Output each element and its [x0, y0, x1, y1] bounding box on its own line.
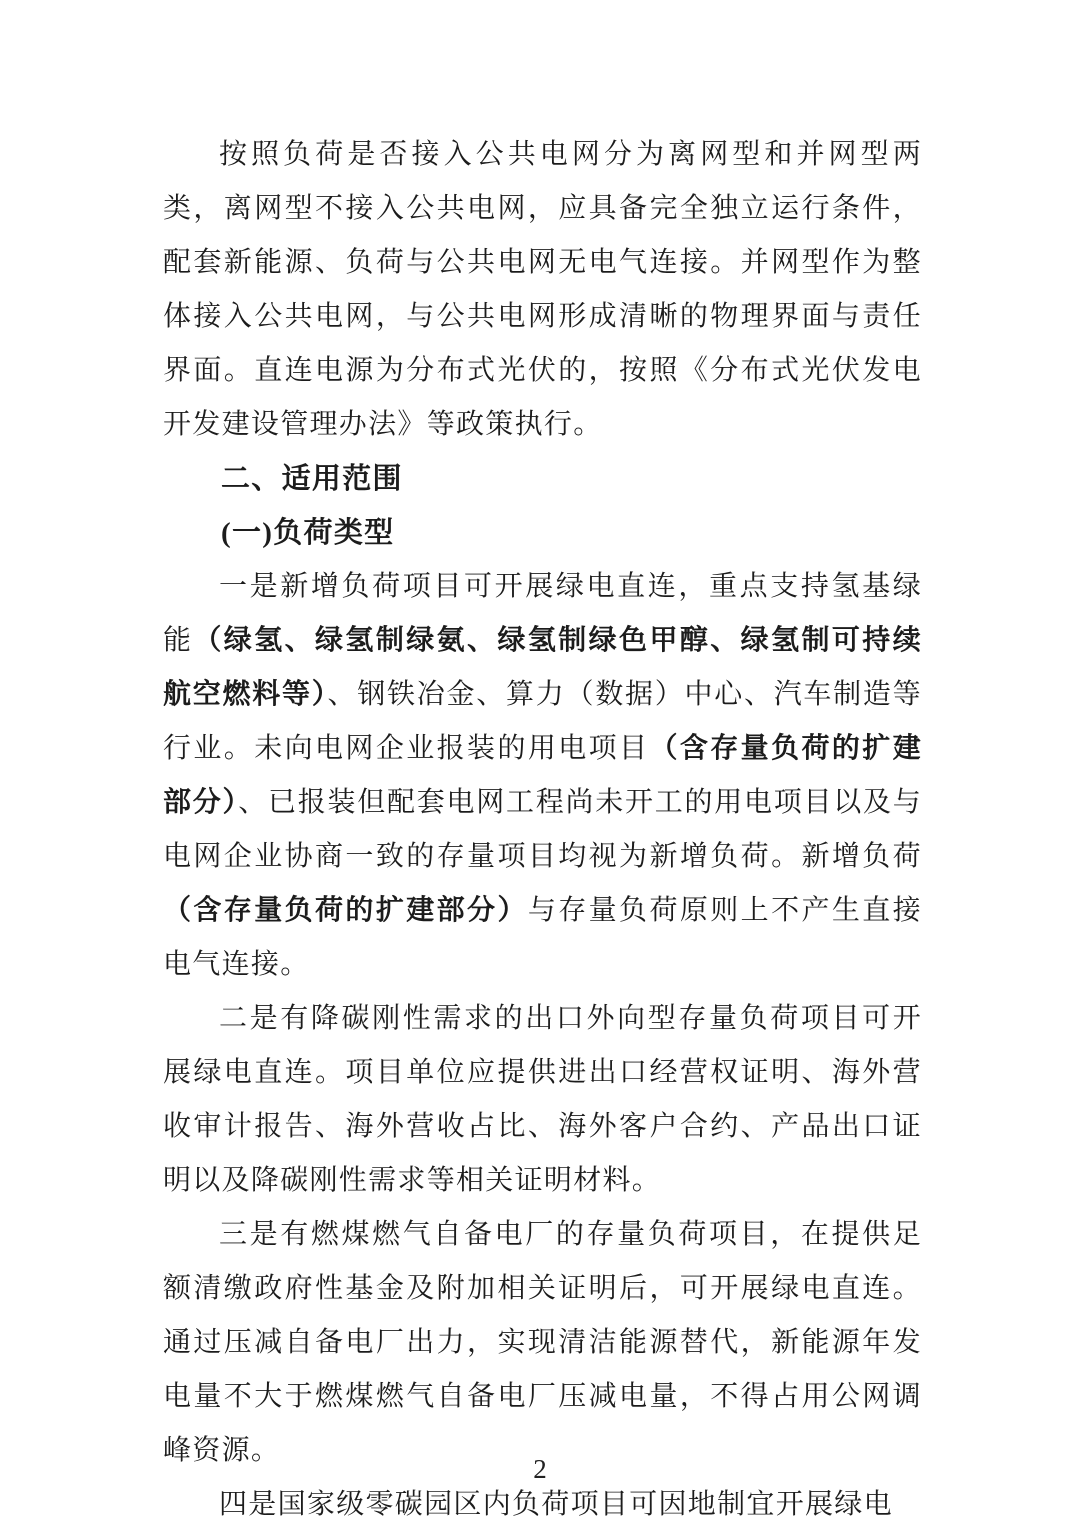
paragraph: 二是有降碳刚性需求的出口外向型存量负荷项目可开展绿电直连。项目单位应提供进出口经…: [163, 992, 922, 1208]
paragraph: 一是新增负荷项目可开展绿电直连，重点支持氢基绿能（绿氢、绿氢制绿氨、绿氢制绿色甲…: [163, 560, 922, 992]
body-text: 三是有燃煤燃气自备电厂的存量负荷项目，在提供足额清缴政府性基金及附加相关证明后，…: [163, 1219, 922, 1466]
body-text: 按照负荷是否接入公共电网分为离网型和并网型两类，离网型不接入公共电网，应具备完全…: [163, 139, 922, 440]
paragraph: 四是国家级零碳园区内负荷项目可因地制宜开展绿电: [163, 1478, 922, 1527]
section-heading: 二、适用范围: [163, 452, 922, 506]
paragraph: 按照负荷是否接入公共电网分为离网型和并网型两类，离网型不接入公共电网，应具备完全…: [163, 128, 922, 452]
document-page: 按照负荷是否接入公共电网分为离网型和并网型两类，离网型不接入公共电网，应具备完全…: [0, 0, 1080, 1527]
body-text: 二、适用范围: [221, 463, 403, 495]
emphasis-text: （含存量负荷的扩建部分）: [163, 895, 528, 926]
subsection-heading: (一)负荷类型: [163, 506, 922, 560]
body-text: 、已报装但配套电网工程尚未开工的用电项目以及与电网企业协商一致的存量项目均视为新…: [163, 787, 922, 872]
body-text: (一)负荷类型: [221, 517, 394, 549]
page-footer: 2: [0, 1456, 1080, 1483]
body-text: 四是国家级零碳园区内负荷项目可因地制宜开展绿电: [219, 1489, 893, 1520]
body-text: 二是有降碳刚性需求的出口外向型存量负荷项目可开展绿电直连。项目单位应提供进出口经…: [163, 1003, 922, 1196]
document-body: 按照负荷是否接入公共电网分为离网型和并网型两类，离网型不接入公共电网，应具备完全…: [163, 128, 922, 1527]
paragraph: 三是有燃煤燃气自备电厂的存量负荷项目，在提供足额清缴政府性基金及附加相关证明后，…: [163, 1208, 922, 1478]
page-number: 2: [533, 1454, 547, 1484]
